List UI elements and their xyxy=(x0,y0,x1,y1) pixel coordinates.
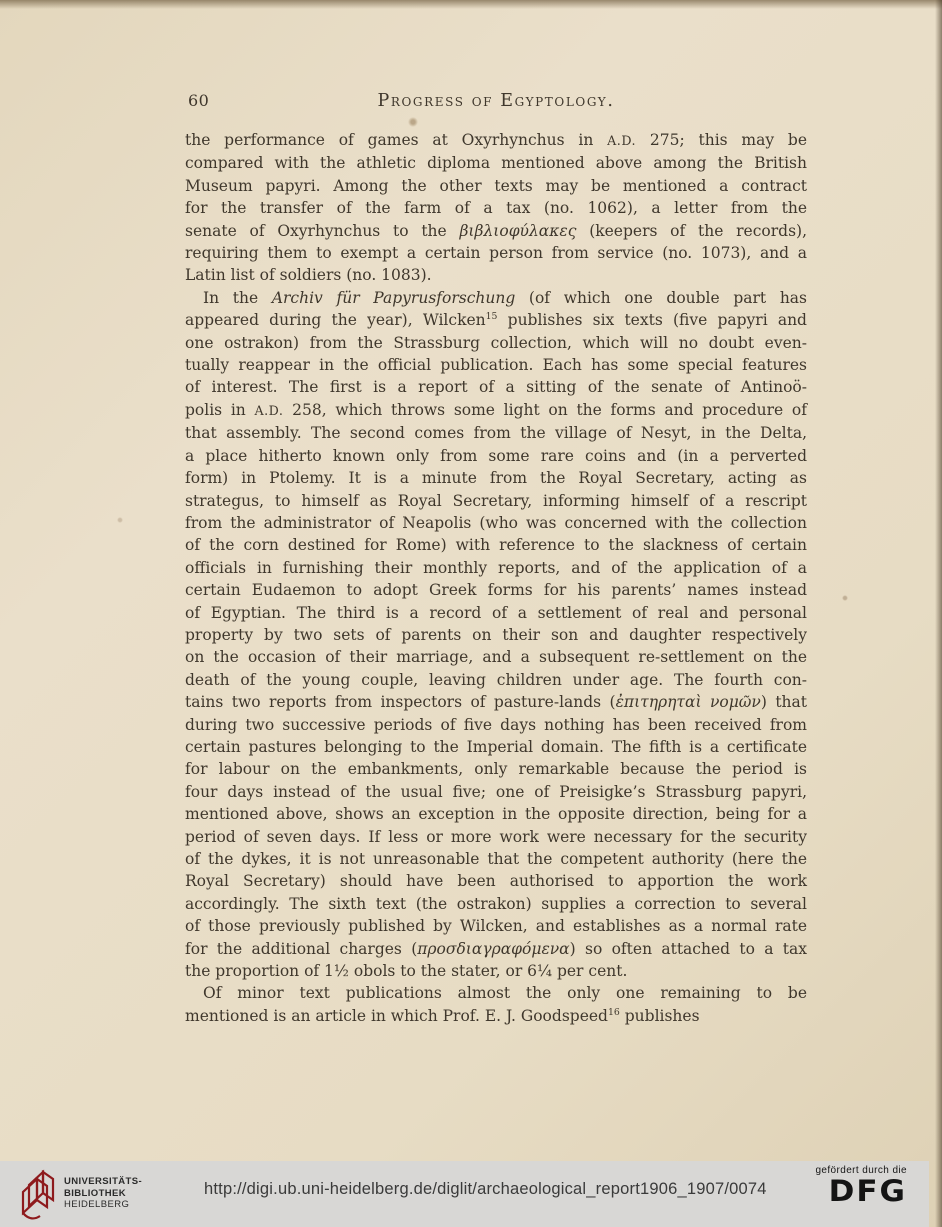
dfg-logo-block: gefördert durch die DFG xyxy=(815,1165,907,1207)
text-line: during two successive periods of five da… xyxy=(185,714,807,736)
running-title: Progress of Egyptology. xyxy=(185,91,807,111)
text-line: officials in furnishing their monthly re… xyxy=(185,557,807,579)
library-name: UNIVERSITÄTS- BIBLIOTHEK HEIDELBERG xyxy=(64,1176,142,1211)
text-line: In the Archiv für Papyrusforschung (of w… xyxy=(185,287,807,309)
text-line: from the administrator of Neapolis (who … xyxy=(185,512,807,534)
page-header: 60 Progress of Egyptology. xyxy=(185,91,807,113)
text-line: of those previously published by Wilcken… xyxy=(185,915,807,937)
text-line: the proportion of 1½ obols to the stater… xyxy=(185,960,807,982)
text-line: death of the young couple, leaving child… xyxy=(185,669,807,691)
paragraph: Of minor text publications almost the on… xyxy=(185,982,807,1027)
dfg-logo: DFG xyxy=(815,1177,907,1206)
text-line: of the dykes, it is not unreasonable tha… xyxy=(185,848,807,870)
text-line: Museum papyri. Among the other texts may… xyxy=(185,175,807,197)
text-line: of Egyptian. The third is a record of a … xyxy=(185,602,807,624)
text-line: of interest. The first is a report of a … xyxy=(185,376,807,398)
text-line: requiring them to exempt a certain perso… xyxy=(185,242,807,264)
text-line: four days instead of the usual five; one… xyxy=(185,781,807,803)
document-url: http://digi.ub.uni-heidelberg.de/diglit/… xyxy=(204,1180,767,1199)
text-line: senate of Oxyrhynchus to the βιβλιοφύλακ… xyxy=(185,220,807,242)
text-line: the performance of games at Oxyrhynchus … xyxy=(185,129,807,152)
library-name-line1: UNIVERSITÄTS- xyxy=(64,1176,142,1188)
text-line: compared with the athletic diploma menti… xyxy=(185,152,807,174)
text-line: certain pastures belonging to the Imperi… xyxy=(185,736,807,758)
text-line: on the occasion of their marriage, and a… xyxy=(185,646,807,668)
text-line: accordingly. The sixth text (the ostrako… xyxy=(185,893,807,915)
text-line: Royal Secretary) should have been author… xyxy=(185,870,807,892)
text-line: polis in A.D. 258, which throws some lig… xyxy=(185,399,807,422)
library-name-line2: BIBLIOTHEK xyxy=(64,1188,142,1200)
text-line: that assembly. The second comes from the… xyxy=(185,422,807,444)
scanned-page: 60 Progress of Egyptology. the performan… xyxy=(0,0,942,1227)
text-line: for labour on the embankments, only rema… xyxy=(185,758,807,780)
paragraph: In the Archiv für Papyrusforschung (of w… xyxy=(185,287,807,983)
page-body-text: the performance of games at Oxyrhynchus … xyxy=(185,129,807,1027)
text-line: one ostrakon) from the Strassburg collec… xyxy=(185,332,807,354)
heidelberg-books-icon xyxy=(20,1168,60,1222)
viewer-footer: UNIVERSITÄTS- BIBLIOTHEK HEIDELBERG http… xyxy=(0,1161,929,1227)
text-line: mentioned above, shows an exception in t… xyxy=(185,803,807,825)
text-line: appeared during the year), Wilcken15 pub… xyxy=(185,309,807,331)
text-line: property by two sets of parents on their… xyxy=(185,624,807,646)
text-line: for the additional charges (προσδιαγραφό… xyxy=(185,938,807,960)
text-line: strategus, to himself as Royal Secretary… xyxy=(185,490,807,512)
text-line: form) in Ptolemy. It is a minute from th… xyxy=(185,467,807,489)
page-number: 60 xyxy=(188,91,209,110)
text-line: period of seven days. If less or more wo… xyxy=(185,826,807,848)
text-line: for the transfer of the farm of a tax (n… xyxy=(185,197,807,219)
text-line: Latin list of soldiers (no. 1083). xyxy=(185,264,807,286)
text-line: Of minor text publications almost the on… xyxy=(185,982,807,1004)
text-line: a place hitherto known only from some ra… xyxy=(185,445,807,467)
text-line: of the corn destined for Rome) with refe… xyxy=(185,534,807,556)
library-name-line3: HEIDELBERG xyxy=(64,1199,142,1211)
text-line: certain Eudaemon to adopt Greek forms fo… xyxy=(185,579,807,601)
paragraph: the performance of games at Oxyrhynchus … xyxy=(185,129,807,287)
text-line: tains two reports from inspectors of pas… xyxy=(185,691,807,713)
text-line: tually reappear in the official publicat… xyxy=(185,354,807,376)
text-line: mentioned is an article in which Prof. E… xyxy=(185,1005,807,1027)
